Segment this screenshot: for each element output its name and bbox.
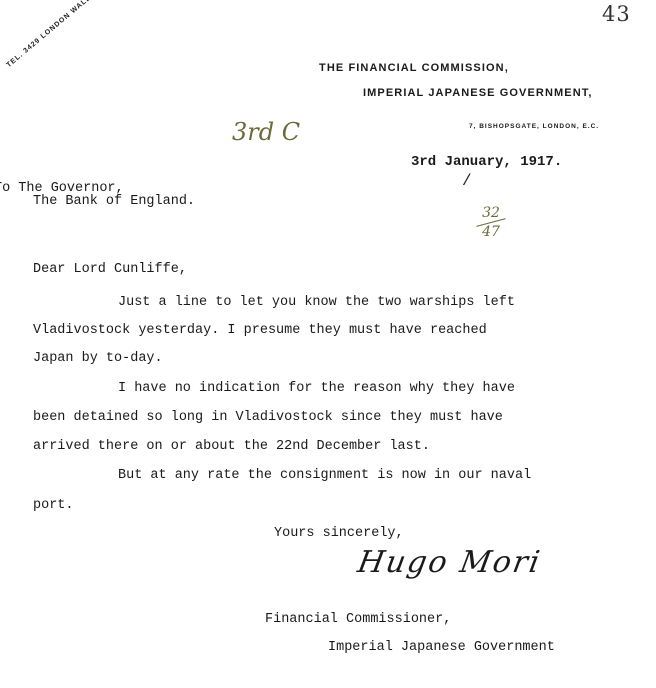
salutation: Dear Lord Cunliffe, [33,262,187,277]
body-line: But at any rate the consignment is now i… [118,468,531,483]
letter-date: 3rd January, 1917. [411,154,562,170]
handwritten-slash: / [462,172,472,190]
letterhead-title: THE FINANCIAL COMMISSION, [319,62,509,74]
body-line: Japan by to-day. [33,351,163,366]
letterhead-address: 7, BISHOPSGATE, LONDON, E.C. [469,123,599,130]
recipient-line-2: The Bank of England. [33,194,195,209]
signer-title: Financial Commissioner, [265,612,451,627]
body-line: Just a line to let you know the two wars… [118,295,515,310]
letterhead-telephone: TEL. 3429 LONDON WALL. [6,0,95,69]
body-line: I have no indication for the reason why … [118,381,515,396]
handwritten-reference-mark: 3rd C [232,118,300,146]
signature: Hugo Mori [355,545,544,580]
fraction-top: 32 [482,205,500,221]
handwritten-fraction: 32 47 [476,205,506,240]
fraction-bottom: 47 [482,224,500,240]
letterhead-subtitle: IMPERIAL JAPANESE GOVERNMENT, [363,87,593,99]
closing: Yours sincerely, [274,526,404,541]
body-line: port. [33,498,74,513]
body-line: been detained so long in Vladivostock si… [33,410,503,425]
page-number: 43 [602,2,631,26]
body-line: arrived there on or about the 22nd Decem… [33,439,430,454]
signer-organization: Imperial Japanese Government [328,640,555,655]
body-line: Vladivostock yesterday. I presume they m… [33,323,487,338]
